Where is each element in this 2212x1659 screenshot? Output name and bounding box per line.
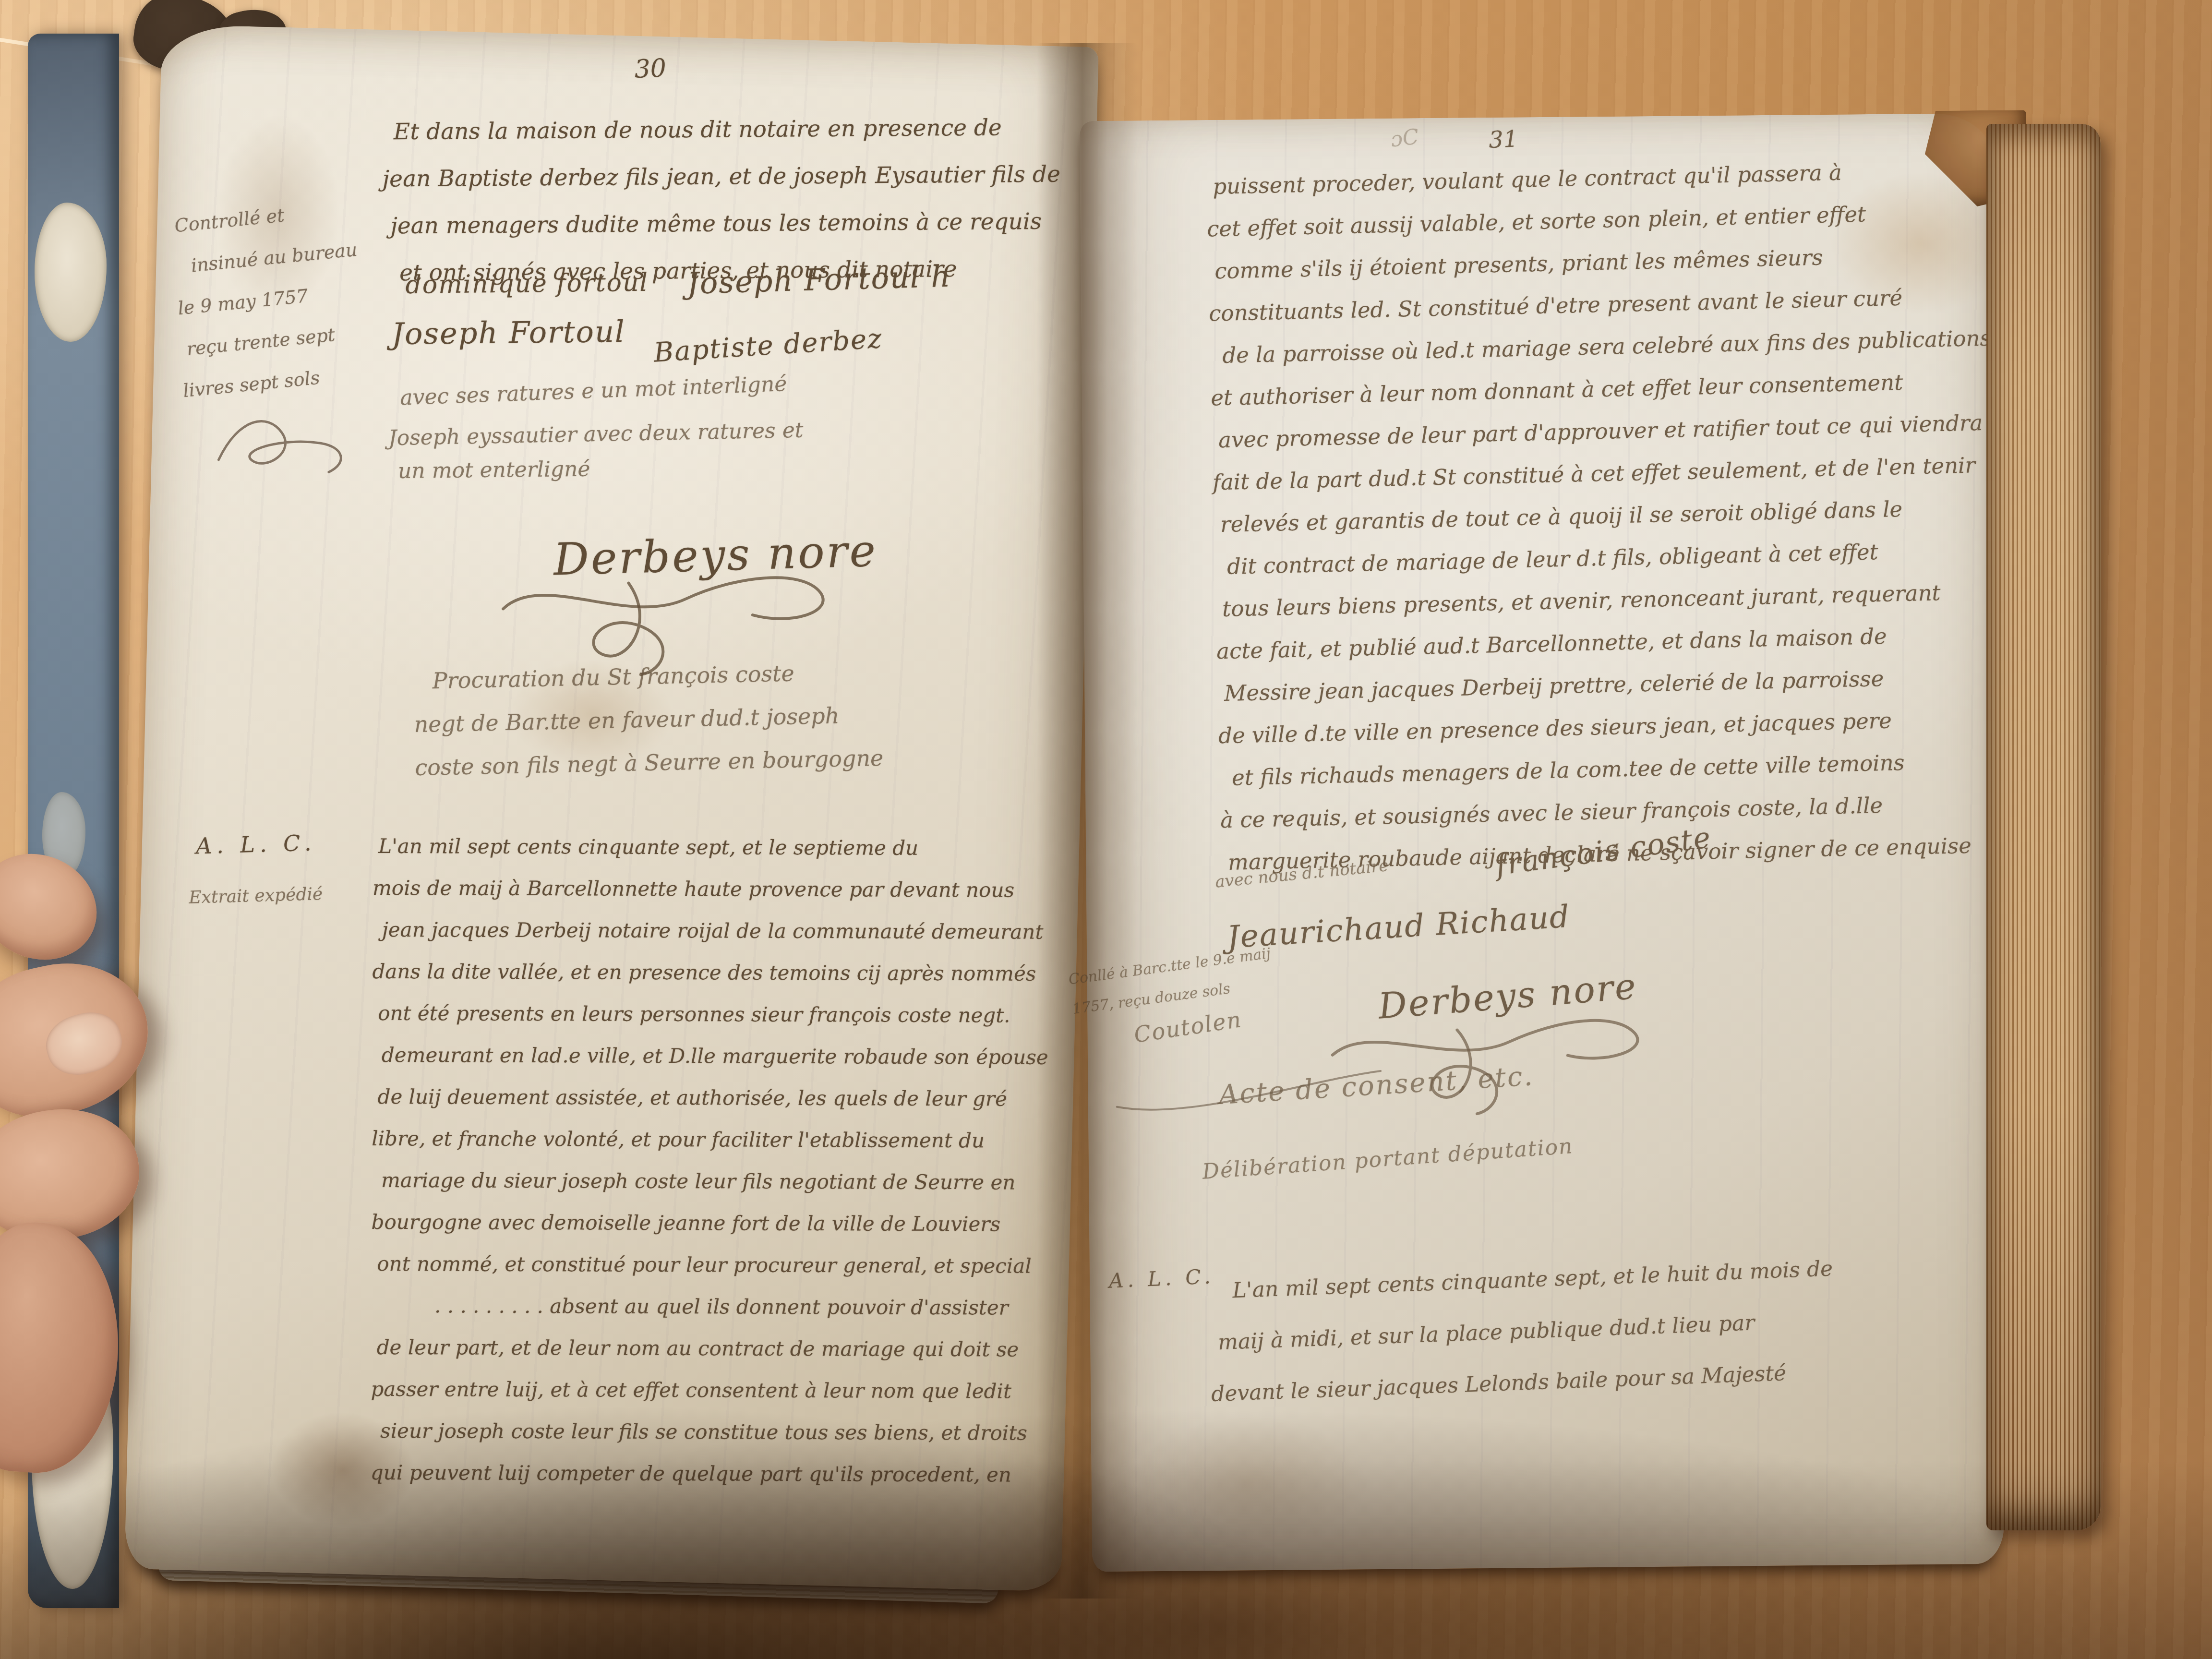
handwriting-line: de luij deuement assistée, et authorisée… xyxy=(377,1076,1048,1120)
margin-reference: A. L. C. xyxy=(195,829,316,859)
margin-reference: A. L. C. xyxy=(1108,1264,1215,1293)
signature-dominique-fortoul: dominique fortoul xyxy=(405,268,649,300)
manuscript-book: 30 Et dans la maison de nous dit notaire… xyxy=(14,0,2136,1642)
left-page: 30 Et dans la maison de nous dit notaire… xyxy=(124,24,1099,1592)
signature-joseph-fortoul-2: Joseph Fortoul xyxy=(392,314,625,351)
act-heading-deliberation: Délibération portant députation xyxy=(1202,1134,1574,1184)
left-body: L'an mil sept cents cinquante sept, et l… xyxy=(376,825,1049,1496)
bottom-lines: L'an mil sept cents cinquante sept, et l… xyxy=(1231,1243,1837,1419)
fore-edge-page-block xyxy=(1986,124,2101,1530)
handwriting-line: jean jacques Derbeij notaire roijal de l… xyxy=(382,909,1049,953)
signature-richaud: Jeaurichaud Richaud xyxy=(1226,899,1571,956)
handwriting-line: libre, et franche volonté, et pour facil… xyxy=(372,1118,1048,1162)
handwriting-line: ont été presents en leurs personnes sieu… xyxy=(378,992,1048,1036)
interligne-mention: un mot enterligné xyxy=(398,457,590,483)
signature-joseph-fortoul: Joseph Fortoul h xyxy=(686,259,951,301)
control-margin-note: Controllé etinsinué au bureaule 9 may 17… xyxy=(173,188,372,410)
right-body: puissent proceder, voulant que le contra… xyxy=(1212,148,2003,884)
handwriting-line: ont nommé, et constitué pour leur procur… xyxy=(377,1243,1047,1287)
signature-baptiste-derbez: Baptiste derbez xyxy=(653,323,883,369)
handwriting-line: Et dans la maison de nous dit notaire en… xyxy=(394,104,1060,156)
handwriting-line: passer entre luij, et à cet effet consen… xyxy=(371,1368,1047,1412)
handwriting-line: qui peuvent luij competer de quelque par… xyxy=(371,1452,1047,1496)
handwriting-line: de leur part, et de leur nom au contract… xyxy=(377,1326,1047,1370)
photo-of-open-register: 30 Et dans la maison de nous dit notaire… xyxy=(0,0,2212,1659)
act-heading-consent: Acte de consent, etc. xyxy=(1218,1060,1535,1111)
handwriting-line: mois de maij à Barcellonnette haute prov… xyxy=(373,867,1049,911)
handwriting-line: dans la dite vallée, et en presence des … xyxy=(372,950,1048,995)
handwriting-line: . . . . . . . . . absent au quel ils don… xyxy=(434,1285,1047,1328)
page-number: 30 xyxy=(634,54,667,84)
faint-folio-mark: ɔC xyxy=(1389,124,1420,152)
handwriting-line: bourgogne avec demoiselle jeanne fort de… xyxy=(372,1201,1048,1245)
handwriting-line: mariage du sieur joseph coste leur fils … xyxy=(381,1159,1048,1203)
handwriting-line: demeurant en lad.e ville, et D.lle margu… xyxy=(382,1034,1048,1078)
handwriting-line: jean menagers dudite même tous les temoi… xyxy=(390,198,1061,250)
handwriting-line: jean Baptiste derbez fils jean, et de jo… xyxy=(382,151,1060,203)
handwriting-line: coste son fils negt à Seurre en bourgogn… xyxy=(415,736,884,789)
signature-joseph-eyssautier: Joseph eyssautier avec deux ratures et xyxy=(388,418,804,451)
notary-signature: Derbeys nore xyxy=(1377,966,1638,1027)
ratures-mention: avec ses ratures e un mot interligné xyxy=(400,372,788,410)
handwriting-line: L'an mil sept cents cinquante sept, et l… xyxy=(378,825,1049,869)
controller-paraph xyxy=(208,407,364,487)
page-stain xyxy=(1129,1415,1370,1551)
margin-note-extrait: Extrait expédié xyxy=(189,884,323,908)
handwriting-line: sieur joseph coste leur fils se constitu… xyxy=(380,1410,1047,1454)
act-heading: Procuration du St françois costenegt de … xyxy=(413,650,884,789)
notary-signature: Derbeys nore xyxy=(553,525,878,586)
page-number: 31 xyxy=(1488,125,1518,154)
control-margin-note: Conllé à Barc.tte le 9.e maij1757, reçu … xyxy=(1067,939,1276,1024)
right-page: ɔC 31 puissent proceder, voulant que le … xyxy=(1080,113,2004,1572)
torn-paper-patch xyxy=(35,203,107,342)
